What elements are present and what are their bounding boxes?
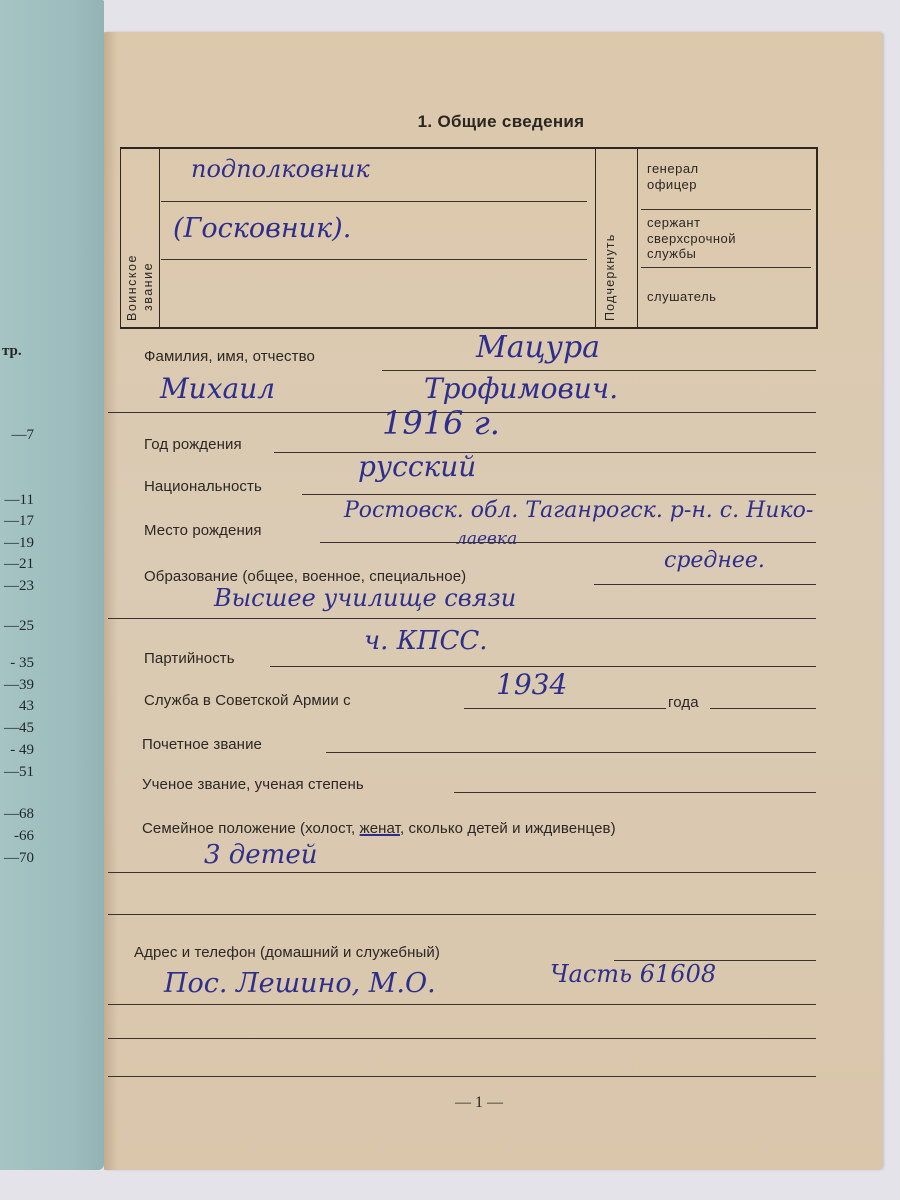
entry-line xyxy=(161,259,587,260)
entry-line xyxy=(108,914,816,915)
category-option: сержант xyxy=(647,215,736,231)
toc-page-number: —45 xyxy=(0,720,34,737)
entry-line xyxy=(108,1004,816,1005)
entry-line xyxy=(594,584,816,585)
toc-page-number: —17 xyxy=(0,513,34,530)
birth-year-label: Год рождения xyxy=(144,436,242,453)
service-label: Служба в Советской Армии с xyxy=(144,692,351,709)
toc-page-number: —25 xyxy=(0,618,34,635)
toc-page-number: —11 xyxy=(0,492,34,509)
service-year-suffix: года xyxy=(668,694,699,711)
first-name-value: Михаил xyxy=(160,372,275,405)
toc-page-number: —39 xyxy=(0,677,34,694)
home-address-value: Пос. Лешино, М.О. xyxy=(164,968,436,999)
education-label: Образование (общее, военное, специальное… xyxy=(144,568,466,585)
page-number: — 1 — xyxy=(90,1094,868,1112)
entry-line xyxy=(326,752,816,753)
entry-line xyxy=(108,1038,816,1039)
toc-page-number: 43 xyxy=(0,698,34,715)
category-option: службы xyxy=(647,246,736,262)
category-option: офицер xyxy=(647,177,699,193)
birth-year-value: 1916 г. xyxy=(382,404,500,442)
toc-page-number: —51 xyxy=(0,764,34,781)
toc-page-number: -66 xyxy=(0,828,34,845)
rank-handwritten-value-2: (Госковник). xyxy=(173,213,351,244)
work-address-value: Часть 61608 xyxy=(550,960,716,988)
nationality-label: Национальность xyxy=(144,478,262,495)
entry-line xyxy=(320,542,816,543)
entry-line xyxy=(382,370,816,371)
toc-page-number: —7 xyxy=(0,427,34,444)
entry-line xyxy=(108,872,816,873)
education-value: среднее. xyxy=(664,548,765,573)
toc-page-number: —68 xyxy=(0,806,34,823)
rank-label-2: звание xyxy=(141,262,155,311)
birthplace-label: Место рождения xyxy=(144,522,262,539)
entry-line xyxy=(710,708,816,709)
patronymic-value: Трофимович. xyxy=(424,372,618,405)
entry-line xyxy=(274,452,816,453)
full-name-label: Фамилия, имя, отчество xyxy=(144,348,315,365)
divider xyxy=(595,149,596,327)
family-status-value: 3 детей xyxy=(204,840,317,870)
academic-title-label: Ученое звание, ученая степень xyxy=(142,776,364,793)
page-fold-shadow xyxy=(104,32,118,1170)
category-divider xyxy=(641,209,811,210)
divider xyxy=(159,149,160,327)
nationality-value: русский xyxy=(358,450,476,483)
booklet-cover: тр. —7 —11 —17 —19 —21 —23 —25 - 35 —39 … xyxy=(0,0,104,1170)
rank-handwritten-value: подполковник xyxy=(191,155,370,183)
category-divider xyxy=(641,267,811,268)
toc-page-number: —19 xyxy=(0,535,34,552)
entry-line xyxy=(161,201,587,202)
category-option: слушатель xyxy=(647,289,716,305)
rank-label: Воинское xyxy=(125,254,139,321)
toc-page-number: —21 xyxy=(0,556,34,573)
category-listener: слушатель xyxy=(647,289,716,305)
party-value: ч. КПСС. xyxy=(364,626,488,656)
birthplace-value: Ростовск. обл. Таганрогск. р-н. с. Нико- xyxy=(344,498,813,523)
family-status-label-suffix: , сколько детей и иждивенцев) xyxy=(400,820,616,837)
education-value-2: Высшее училище связи xyxy=(214,584,516,612)
surname-value: Мацура xyxy=(476,330,600,365)
toc-page-number: - 35 xyxy=(0,655,34,672)
entry-line xyxy=(464,708,666,709)
honorary-title-label: Почетное звание xyxy=(142,736,262,753)
category-sergeant: сержант сверхсрочной службы xyxy=(647,215,736,262)
entry-line xyxy=(270,666,816,667)
toc-page-number: - 49 xyxy=(0,742,34,759)
entry-line xyxy=(108,618,816,619)
underline-hint: Подчеркнуть xyxy=(603,234,617,321)
toc-page-number: —70 xyxy=(0,850,34,867)
entry-line xyxy=(454,792,816,793)
service-start-year: 1934 xyxy=(496,668,567,701)
family-status-marked-option: женат xyxy=(360,820,400,837)
toc-header-fragment: тр. xyxy=(2,343,22,360)
family-status-label: Семейное положение (холост, женат, сколь… xyxy=(142,820,616,837)
family-status-label-prefix: Семейное положение (холост, xyxy=(142,820,360,837)
category-general-officer: генерал офицер xyxy=(647,161,699,192)
entry-line xyxy=(302,494,816,495)
military-rank-box: Воинское звание подполковник (Госковник)… xyxy=(120,147,818,329)
entry-line xyxy=(108,1076,816,1077)
party-label: Партийность xyxy=(144,650,235,667)
divider xyxy=(637,149,638,327)
toc-page-number: —23 xyxy=(0,578,34,595)
document-page: 1. Общие сведения Воинское звание подпол… xyxy=(104,32,882,1170)
section-title: 1. Общие сведения xyxy=(112,112,890,132)
birthplace-value-2: лаевка xyxy=(456,529,517,549)
address-phone-label: Адрес и телефон (домашний и служебный) xyxy=(134,944,440,961)
category-option: сверхсрочной xyxy=(647,231,736,247)
category-option: генерал xyxy=(647,161,699,177)
